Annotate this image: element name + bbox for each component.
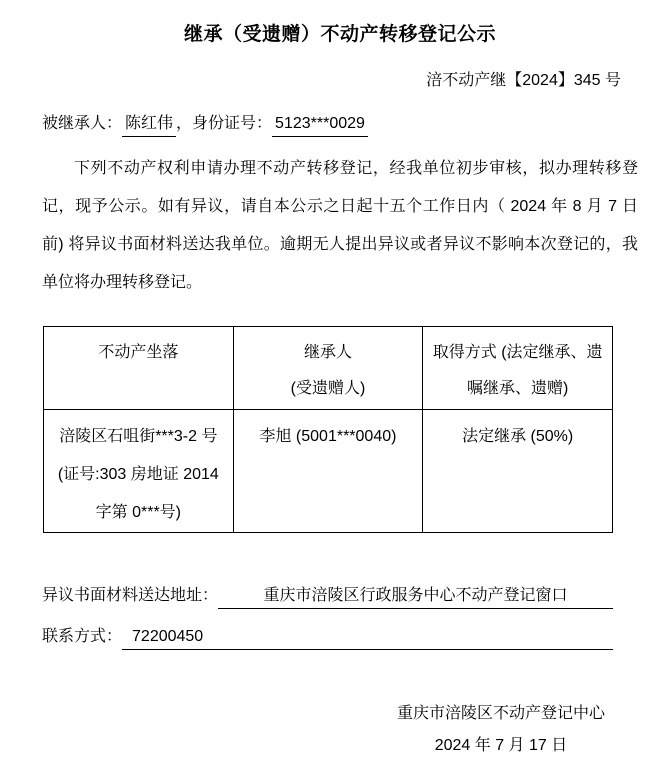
cell-heir: 李旭 (5001***0040) <box>233 410 423 533</box>
property-table-head: 不动产坐落 继承人 (受遗赠人) 取得方式 (法定继承、遗嘱继承、遗赠) <box>44 327 613 410</box>
table-header-row: 不动产坐落 继承人 (受遗赠人) 取得方式 (法定继承、遗嘱继承、遗赠) <box>44 327 613 410</box>
cell-acquisition-method: 法定继承 (50%) <box>423 410 613 533</box>
document-page: 继承（受遗赠）不动产转移登记公示 涪不动产继【2024】345 号 被继承人：陈… <box>0 0 663 761</box>
contact-value: 72200450 <box>122 624 613 650</box>
table-row: 涪陵区石咀街***3-2 号 (证号:303 房地证 2014 字第 0***号… <box>44 410 613 533</box>
deceased-line: 被继承人：陈红伟，身份证号：5123***0029 <box>42 113 638 137</box>
objection-address-label: 异议书面材料送达地址： <box>42 583 218 609</box>
contact-label: 联系方式： <box>42 624 122 650</box>
objection-address-line: 异议书面材料送达地址： 重庆市涪陵区行政服务中心不动产登记窗口 <box>42 583 638 609</box>
cell-property-location: 涪陵区石咀街***3-2 号 (证号:303 房地证 2014 字第 0***号… <box>44 410 234 533</box>
col-header-property-location: 不动产坐落 <box>44 327 234 410</box>
signature-block: 重庆市涪陵区不动产登记中心 2024 年 7 月 17 日 <box>397 704 605 756</box>
objection-address-value: 重庆市涪陵区行政服务中心不动产登记窗口 <box>218 583 613 609</box>
deceased-id-number: 5123***0029 <box>272 113 368 137</box>
deceased-id-label: ，身份证号： <box>176 115 272 132</box>
property-table: 不动产坐落 继承人 (受遗赠人) 取得方式 (法定继承、遗嘱继承、遗赠) 涪陵区… <box>43 326 613 533</box>
page-title: 继承（受遗赠）不动产转移登记公示 <box>42 23 638 47</box>
col-header-acquisition-method: 取得方式 (法定继承、遗嘱继承、遗赠) <box>423 327 613 410</box>
issuer-name: 重庆市涪陵区不动产登记中心 <box>397 704 605 724</box>
deceased-name: 陈红伟 <box>122 113 176 137</box>
contact-line: 联系方式： 72200450 <box>42 624 638 650</box>
deceased-label: 被继承人： <box>42 115 122 132</box>
doc-number: 涪不动产继【2024】345 号 <box>42 71 638 91</box>
body-paragraph: 下列不动产权利申请办理不动产转移登记，经我单位初步审核，拟办理转移登记，现予公示… <box>42 150 638 302</box>
property-table-body: 涪陵区石咀街***3-2 号 (证号:303 房地证 2014 字第 0***号… <box>44 410 613 533</box>
issue-date: 2024 年 7 月 17 日 <box>397 736 605 756</box>
col-header-heir: 继承人 (受遗赠人) <box>233 327 423 410</box>
